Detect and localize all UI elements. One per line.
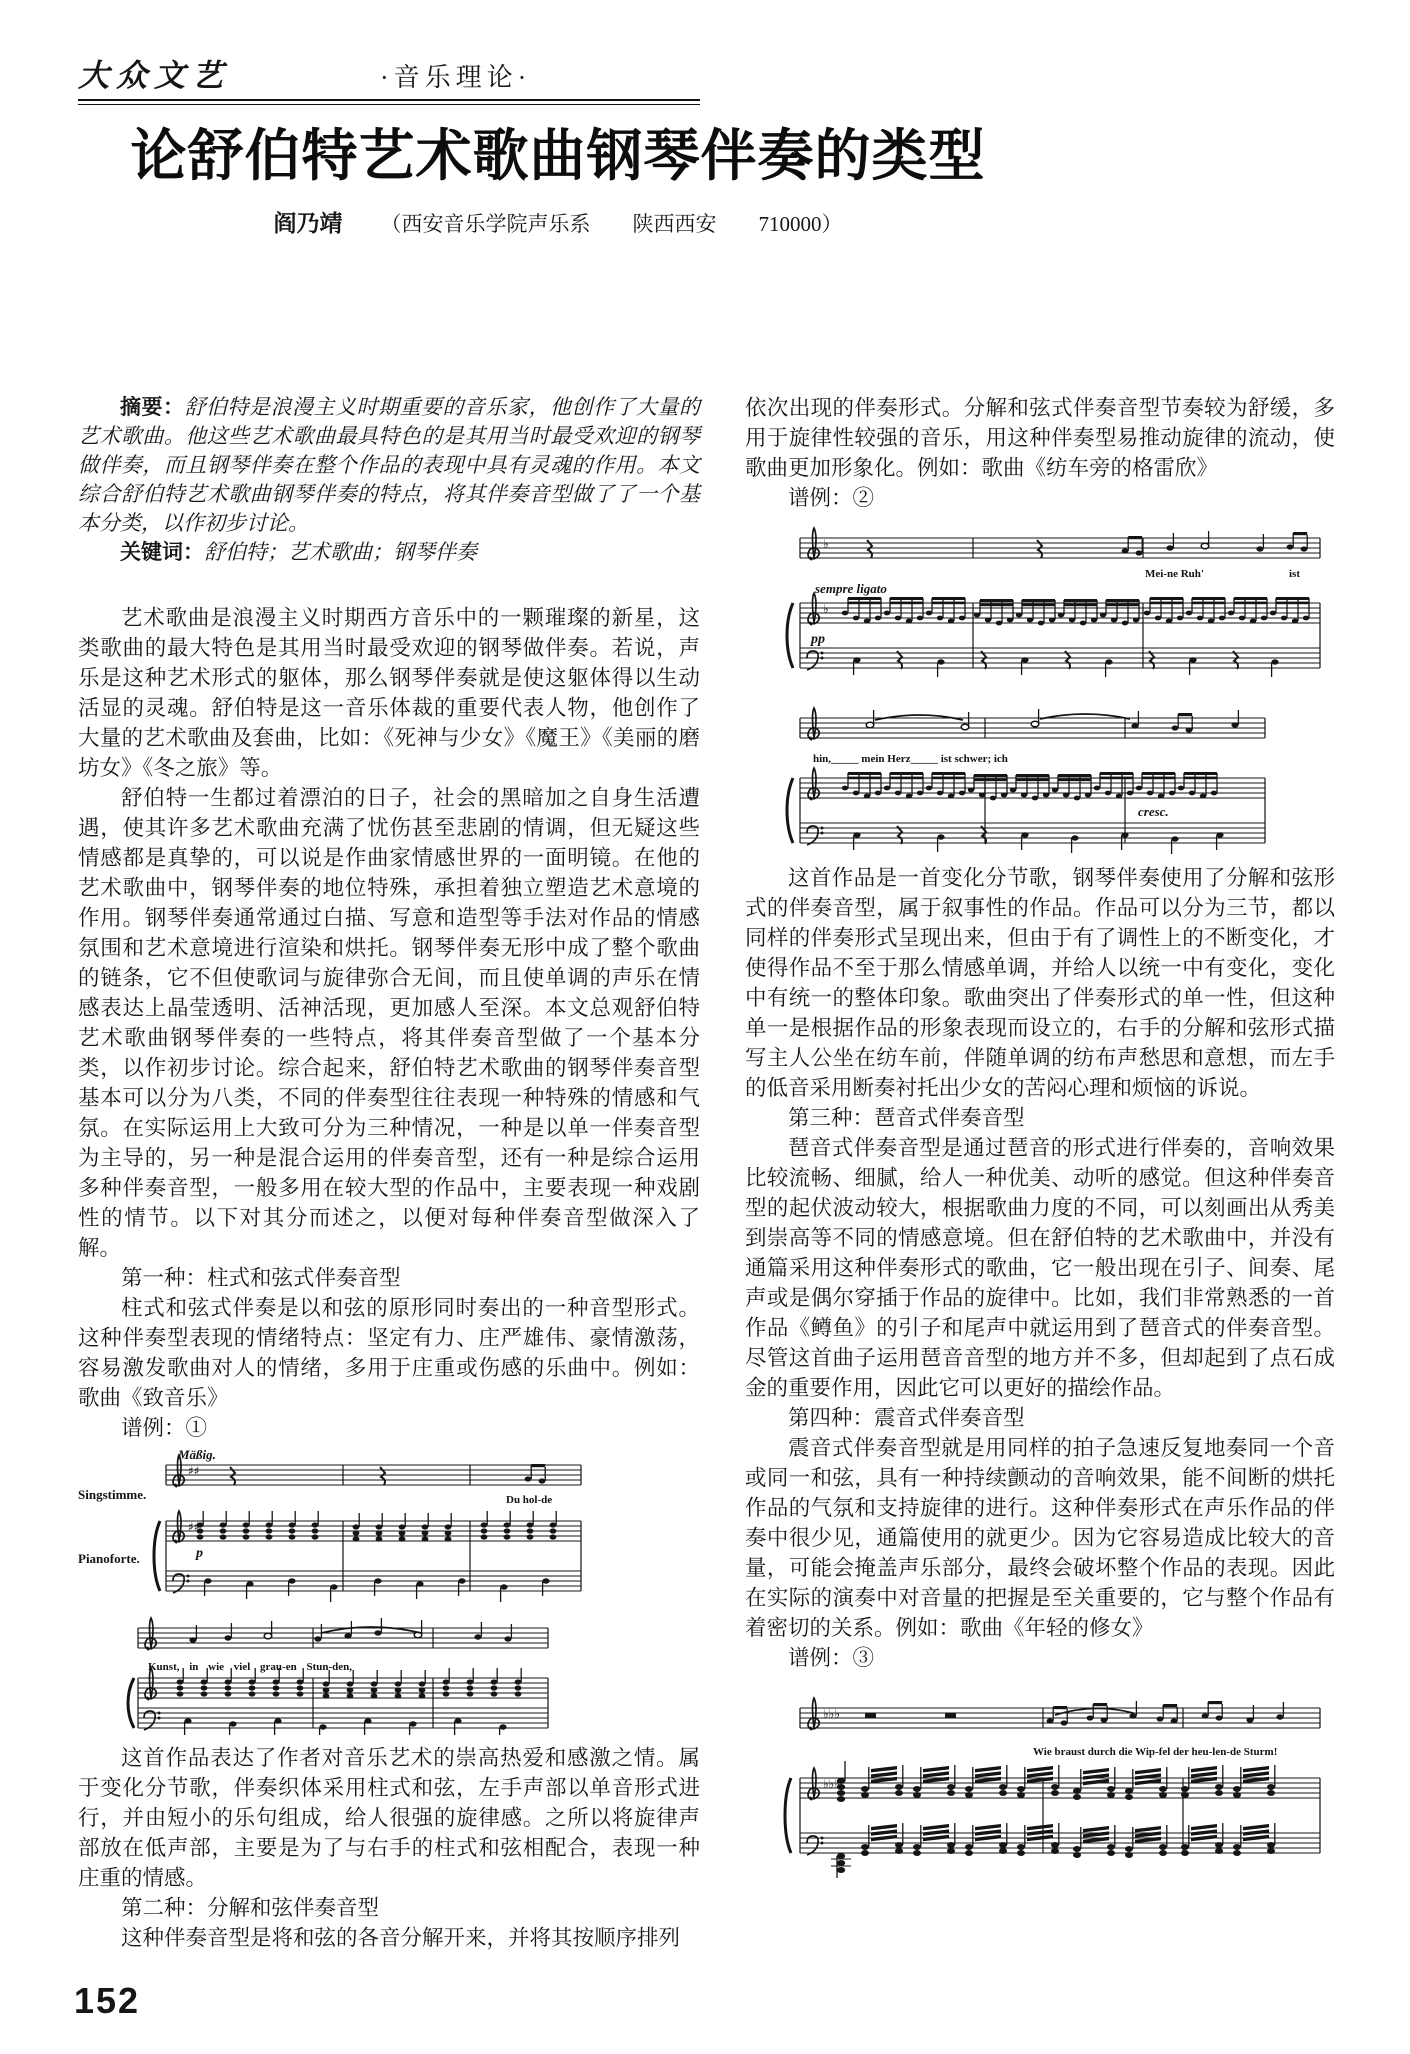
right-hand-sixteenth-runs bbox=[842, 597, 1309, 625]
page-number: 152 bbox=[74, 1980, 140, 2022]
paragraph: 这种伴奏音型是将和弦的各音分解开来，并将其按顺序排列 bbox=[78, 1923, 700, 1953]
key-signature: ♭ bbox=[823, 602, 829, 616]
paragraph: 这首作品表达了作者对音乐艺术的崇高热爱和感激之情。属于变化分节歌，伴奏织体采用柱… bbox=[78, 1743, 700, 1893]
score-example-3: ♭♭♭ ♭♭♭ Wie braust durch die Wip-fel der… bbox=[745, 1673, 1335, 2001]
bass-clef-icon bbox=[807, 1836, 824, 1855]
barlines bbox=[166, 1465, 581, 1591]
bass-clef-icon bbox=[807, 651, 824, 670]
piano-left-hand-staff bbox=[800, 648, 1320, 668]
author-affiliation: （西安音乐学院声乐系 陕西西安 710000） bbox=[381, 212, 843, 236]
piano-left-hand-staff bbox=[800, 823, 1265, 843]
lyrics-line-2: hin,_____ mein Herz_____ ist schwer; ich bbox=[813, 753, 1008, 765]
paragraph: 舒伯特一生都过着漂泊的日子，社会的黑暗加之自身生活遭遇，使其许多艺术歌曲充满了忧… bbox=[78, 783, 700, 1263]
piano-left-hand-staff bbox=[166, 1571, 581, 1591]
section-heading-4: 第四种：震音式伴奏音型 bbox=[745, 1403, 1335, 1433]
key-signature: ♭ bbox=[823, 537, 829, 551]
score-example-3-svg: ♭♭♭ ♭♭♭ Wie braust durch die Wip-fel der… bbox=[745, 1673, 1325, 1993]
right-column: 依次出现的伴奏形式。分解和弦式伴奏音型节奏较为舒缓，多用于旋律性较强的音乐，用这… bbox=[745, 393, 1335, 2001]
score-2-caption: 谱例：② bbox=[745, 483, 1335, 513]
bass-clef-icon bbox=[173, 1574, 190, 1593]
score-example-2: ♭ ♭ sempre ligato Mei-ne Ruh' ist pp bbox=[745, 513, 1335, 863]
voice-staff bbox=[166, 1465, 581, 1485]
section-heading-1: 第一种：柱式和弦式伴奏音型 bbox=[78, 1263, 700, 1293]
key-signature: ♯♯ bbox=[188, 1464, 200, 1478]
lyrics-line-1: Mei-ne Ruh' bbox=[1145, 568, 1204, 580]
ties bbox=[875, 714, 1130, 720]
author-line: 阎乃靖 （西安音乐学院声乐系 陕西西安 710000） bbox=[78, 205, 1038, 238]
lyrics-line-1: Du hol-de bbox=[506, 1494, 552, 1506]
score-example-2-svg: ♭ ♭ sempre ligato Mei-ne Ruh' ist pp bbox=[745, 513, 1325, 855]
bass-clef-icon bbox=[807, 826, 824, 845]
left-hand-notes bbox=[204, 1578, 549, 1602]
opening-chord bbox=[837, 1761, 845, 1802]
bass-clef-icon bbox=[144, 1711, 161, 1730]
left-hand-notes bbox=[853, 651, 1278, 677]
section-heading-2: 第二种：分解和弦伴奏音型 bbox=[78, 1893, 700, 1923]
voice-staff bbox=[138, 1628, 548, 1648]
left-hand-notes bbox=[853, 826, 1223, 854]
voice-staff bbox=[800, 1708, 1320, 1728]
paragraph: 琶音式伴奏音型是通过琶音的形式进行伴奏的，音响效果比较流畅、细腻，给人一种优美、… bbox=[745, 1133, 1335, 1403]
score-3-caption: 谱例：③ bbox=[745, 1643, 1335, 1673]
score-1-caption: 谱例：① bbox=[78, 1413, 700, 1443]
keywords-text: 舒伯特；艺术歌曲；钢琴伴奏 bbox=[204, 540, 477, 564]
piano-brace bbox=[787, 603, 793, 668]
piano-brace bbox=[128, 1678, 134, 1728]
lyrics-line: Wie braust durch die Wip-fel der heu-len… bbox=[1033, 1746, 1277, 1758]
page-header: 大众文艺 ·音乐理论· bbox=[78, 50, 700, 95]
voice-rests-and-notes bbox=[867, 531, 1307, 558]
voice-staff bbox=[800, 538, 1320, 558]
piano-left-hand-staff bbox=[138, 1708, 548, 1728]
paragraph: 这首作品是一首变化分节歌，钢琴伴奏使用了分解和弦形式的伴奏音型，属于叙事性的作品… bbox=[745, 863, 1335, 1103]
paragraph: 柱式和弦式伴奏是以和弦的原形同时奏出的一种音型形式。这种伴奏型表现的情绪特点：坚… bbox=[78, 1293, 700, 1413]
tempo-marking: Mäßig. bbox=[177, 1447, 216, 1462]
key-signature: ♭♭♭ bbox=[823, 1707, 840, 1721]
keywords: 关键词：舒伯特；艺术歌曲；钢琴伴奏 bbox=[78, 538, 700, 567]
piano-brace bbox=[787, 778, 793, 843]
piano-staff-label: Pianoforte. bbox=[78, 1551, 140, 1566]
key-signature: ♭♭♭ bbox=[823, 1777, 840, 1791]
section-heading-3: 第三种：琶音式伴奏音型 bbox=[745, 1103, 1335, 1133]
voice-melody-notes bbox=[866, 709, 1238, 733]
right-hand-sixteenth-runs bbox=[842, 772, 1217, 800]
piano-right-hand-staff bbox=[166, 1521, 581, 1541]
article-title: 论舒伯特艺术歌曲钢琴伴奏的类型 bbox=[78, 112, 1038, 192]
left-hand-notes bbox=[184, 1718, 506, 1735]
keywords-label: 关键词： bbox=[120, 540, 204, 564]
left-column: 摘要：舒伯特是浪漫主义时期重要的音乐家，他创作了大量的艺术歌曲。他这些艺术歌曲最… bbox=[78, 393, 700, 1953]
crescendo-marking: cresc. bbox=[1138, 804, 1169, 819]
paragraph: 依次出现的伴奏形式。分解和弦式伴奏音型节奏较为舒缓，多用于旋律性较强的音乐，用这… bbox=[745, 393, 1335, 483]
left-hand-bass-cluster bbox=[831, 1853, 851, 1878]
piano-brace bbox=[154, 1521, 160, 1591]
abstract-label: 摘要： bbox=[120, 395, 185, 419]
voice-melody-notes bbox=[189, 1618, 511, 1643]
piano-brace bbox=[785, 1778, 791, 1853]
header-double-rule bbox=[78, 99, 700, 105]
paragraph: 震音式伴奏音型就是用同样的拍子急速反复地奏同一个音或同一和弦，具有一种持续颤动的… bbox=[745, 1433, 1335, 1643]
journal-name: 大众文艺 bbox=[78, 50, 230, 95]
expression-marking: sempre ligato bbox=[814, 581, 887, 596]
lyrics-line-2: Kunst, in wie viel grau-en Stun-den, bbox=[148, 1661, 352, 1673]
abstract: 摘要：舒伯特是浪漫主义时期重要的音乐家，他创作了大量的艺术歌曲。他这些艺术歌曲最… bbox=[78, 393, 700, 538]
dynamic-marking: pp bbox=[810, 632, 825, 647]
piano-left-hand-staff bbox=[800, 1833, 1320, 1853]
paragraph: 艺术歌曲是浪漫主义时期西方音乐中的一颗璀璨的新星，这类歌曲的最大特色是其用当时最… bbox=[78, 603, 700, 783]
score-example-1: Mäßig. Singstimme. Pianoforte. ♯♯ ♯♯ Du … bbox=[78, 1443, 700, 1743]
score-example-1-svg: Mäßig. Singstimme. Pianoforte. ♯♯ ♯♯ Du … bbox=[78, 1443, 583, 1735]
section-label: ·音乐理论· bbox=[380, 57, 531, 94]
piano-right-hand-staff bbox=[138, 1678, 548, 1698]
author-name: 阎乃靖 bbox=[274, 211, 343, 236]
voice-staff-label: Singstimme. bbox=[78, 1487, 146, 1502]
treble-clef-icon bbox=[173, 1455, 184, 1543]
journal-page: 大众文艺 ·音乐理论· 论舒伯特艺术歌曲钢琴伴奏的类型 阎乃靖 （西安音乐学院声… bbox=[0, 0, 1410, 2054]
lyrics-line-1b: ist bbox=[1289, 568, 1300, 580]
dynamic-marking: p bbox=[195, 1546, 203, 1561]
